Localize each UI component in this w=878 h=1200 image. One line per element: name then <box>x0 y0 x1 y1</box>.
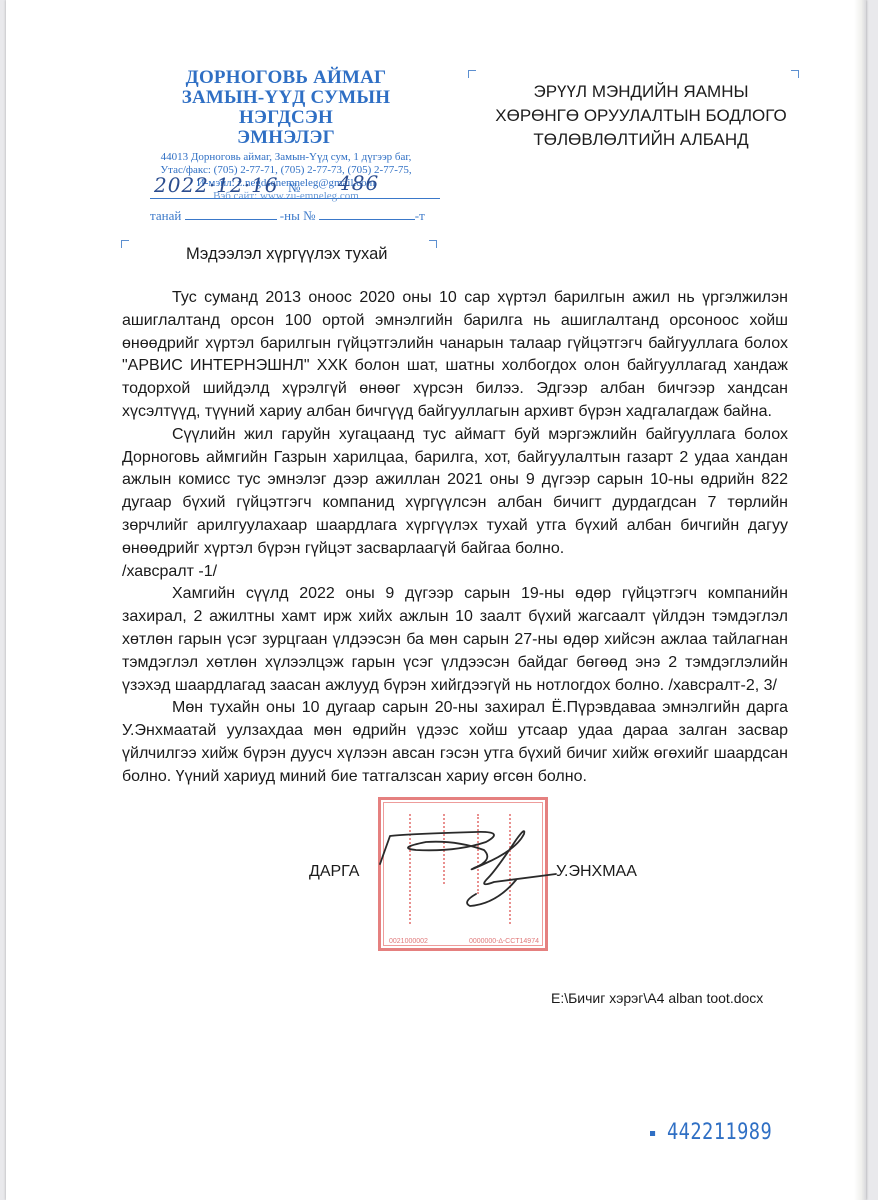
file-path-footer: E:\Бичиг хэрэг\A4 alban toot.docx <box>551 990 763 1006</box>
ref-suffix: -т <box>415 208 425 223</box>
recipient-line1: ЭРҮҮЛ МЭНДИЙН ЯАМНЫ <box>476 80 806 104</box>
paragraph: Мөн тухайн оны 10 дугаар сарын 20-ны зах… <box>122 697 788 788</box>
handwritten-date: 2022·12·16 <box>154 173 279 197</box>
org-address: 44013 Дорноговь аймаг, Замын-Үүд сум, 1 … <box>136 151 436 164</box>
letter-body: Тус суманд 2013 оноос 2020 оны 10 сар хү… <box>122 287 788 789</box>
date-number-line: 2022·12·16 № 486 <box>150 174 440 199</box>
corner-mark-icon <box>121 240 129 248</box>
document-page: ДОРНОГОВЬ АЙМАГ ЗАМЫН-ҮҮД СУМЫН НЭГДСЭН … <box>6 0 866 1200</box>
paragraph: Тус суманд 2013 оноос 2020 оны 10 сар хү… <box>122 287 788 424</box>
serial-number-stamp: 442211989 <box>650 1120 772 1145</box>
stamp-mark-icon <box>650 1131 655 1136</box>
recipient-block: ЭРҮҮЛ МЭНДИЙН ЯАМНЫ ХӨРӨНГӨ ОРУУЛАЛТЫН Б… <box>476 80 806 152</box>
corner-mark-icon <box>468 70 476 78</box>
recipient-line3: ТӨЛӨВЛӨЛТИЙН АЛБАНД <box>476 128 806 152</box>
ref-middle: -ны № <box>280 208 316 223</box>
paragraph: Сүүлийн жил гаруйн хугацаанд тус аймагт … <box>122 424 788 561</box>
reference-line: танай -ны № -т <box>150 208 425 224</box>
ref-blank-number <box>319 209 415 220</box>
org-name-line1: ДОРНОГОВЬ АЙМАГ <box>136 68 436 88</box>
corner-mark-icon <box>429 240 437 248</box>
signatory-title: ДАРГА <box>309 863 359 881</box>
seal-code-left: 0021000002 <box>389 938 428 945</box>
ref-prefix: танай <box>150 208 181 223</box>
handwritten-number: 486 <box>338 171 379 195</box>
letter-subject: Мэдээлэл хүргүүлэх тухай <box>186 245 388 264</box>
page-edge <box>854 0 866 1200</box>
seal-code-right: 0000000-∆-CCT14974 <box>469 938 539 945</box>
org-name-line2: ЗАМЫН-ҮҮД СУМЫН НЭГДСЭН <box>136 88 436 128</box>
attachment-ref: /хавсралт -1/ <box>122 561 788 584</box>
seal-codes: 0021000002 0000000-∆-CCT14974 <box>389 938 539 945</box>
serial-number: 442211989 <box>667 1120 772 1145</box>
ref-blank-date <box>185 209 277 220</box>
org-name-line3: ЭМНЭЛЭГ <box>136 128 436 148</box>
signatory-name: У.ЭНХМАА <box>556 863 637 881</box>
handwritten-signature-icon <box>366 820 566 920</box>
corner-mark-icon <box>791 70 799 78</box>
number-sign: № <box>288 180 300 196</box>
recipient-line2: ХӨРӨНГӨ ОРУУЛАЛТЫН БОДЛОГО <box>476 104 806 128</box>
paragraph: Хамгийн сүүлд 2022 оны 9 дүгээр сарын 19… <box>122 583 788 697</box>
